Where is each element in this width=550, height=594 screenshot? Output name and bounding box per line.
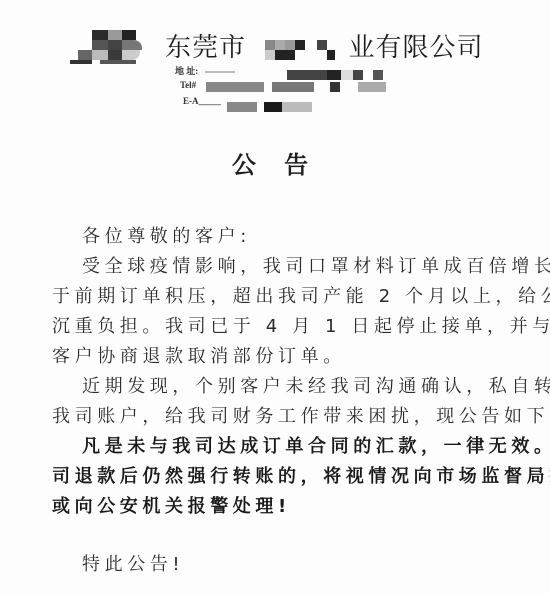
paragraph-line: 凡是未与我司达成订单合同的汇款，一律无效。经我 [52,432,492,462]
address-redacted-block [287,70,327,80]
tel-redacted-block [272,82,314,92]
paragraph-line: 客户协商退款取消部份订单。 [52,342,492,372]
address-redacted-block [353,70,363,80]
notice-body: 各位尊敬的客户: 受全球疫情影响，我司口罩材料订单成百倍增长，由 于前期订单积压… [52,222,492,522]
tel-redacted-block [358,82,386,92]
paragraph: 近期发现，个别客户未经我司沟通确认，私自转款到 我司账户，给我司财务工作带来困扰… [52,372,492,432]
address-redacted-block [327,70,341,80]
company-logo-icon [70,30,148,70]
paragraph-line: 于前期订单积压，超出我司产能 2 个月以上，给公司带来 [52,282,492,312]
paragraph-line: 我司账户，给我司财务工作带来困扰，现公告如下: [52,402,492,432]
company-name-prefix: 东莞市 [165,33,246,63]
paragraph-line: 受全球疫情影响，我司口罩材料订单成百倍增长，由 [52,252,492,282]
company-name: 东莞市 业有限公司 [165,27,484,64]
address-redacted-block [373,70,383,80]
salutation: 各位尊敬的客户: [52,222,492,252]
paragraph-line: 或向公安机关报警处理! [52,492,492,522]
notice-title: 公 告 [0,145,550,180]
closing-statement: 特此公告! [82,550,184,576]
tel-label: Tel# [180,80,196,90]
paragraph: 凡是未与我司达成订单合同的汇款，一律无效。经我 司退款后仍然强行转账的，将视情况… [52,432,492,522]
email-redacted-block [264,102,282,112]
paragraph-line: 近期发现，个别客户未经我司沟通确认，私自转款到 [52,372,492,402]
company-name-suffix: 业有限公司 [349,33,484,63]
address-line: 地 址: [175,64,235,77]
tel-line: Tel# [180,80,196,90]
notice-document: 东莞市 业有限公司 地 址: Tel# E-A_____ 公 告 [0,0,550,594]
email-redacted-block [227,102,257,112]
tel-redacted-block [206,82,264,92]
paragraph-line: 司退款后仍然强行转账的，将视情况向市场监督局报备， [52,462,492,492]
tel-redacted-block [330,82,340,92]
email-line: E-A_____ [183,96,221,106]
address-label: 地 址: [175,64,198,77]
paragraph-line: 沉重负担。我司已于 4 月 1 日起停止接单，并与一部分老 [52,312,492,342]
paragraph: 受全球疫情影响，我司口罩材料订单成百倍增长，由 于前期订单积压，超出我司产能 2… [52,252,492,372]
address-value-redacted [205,71,235,73]
email-redacted-block [282,102,312,112]
address-redacted-block [341,70,353,80]
email-label: E-A_____ [183,96,221,106]
company-name-redacted [259,38,335,60]
